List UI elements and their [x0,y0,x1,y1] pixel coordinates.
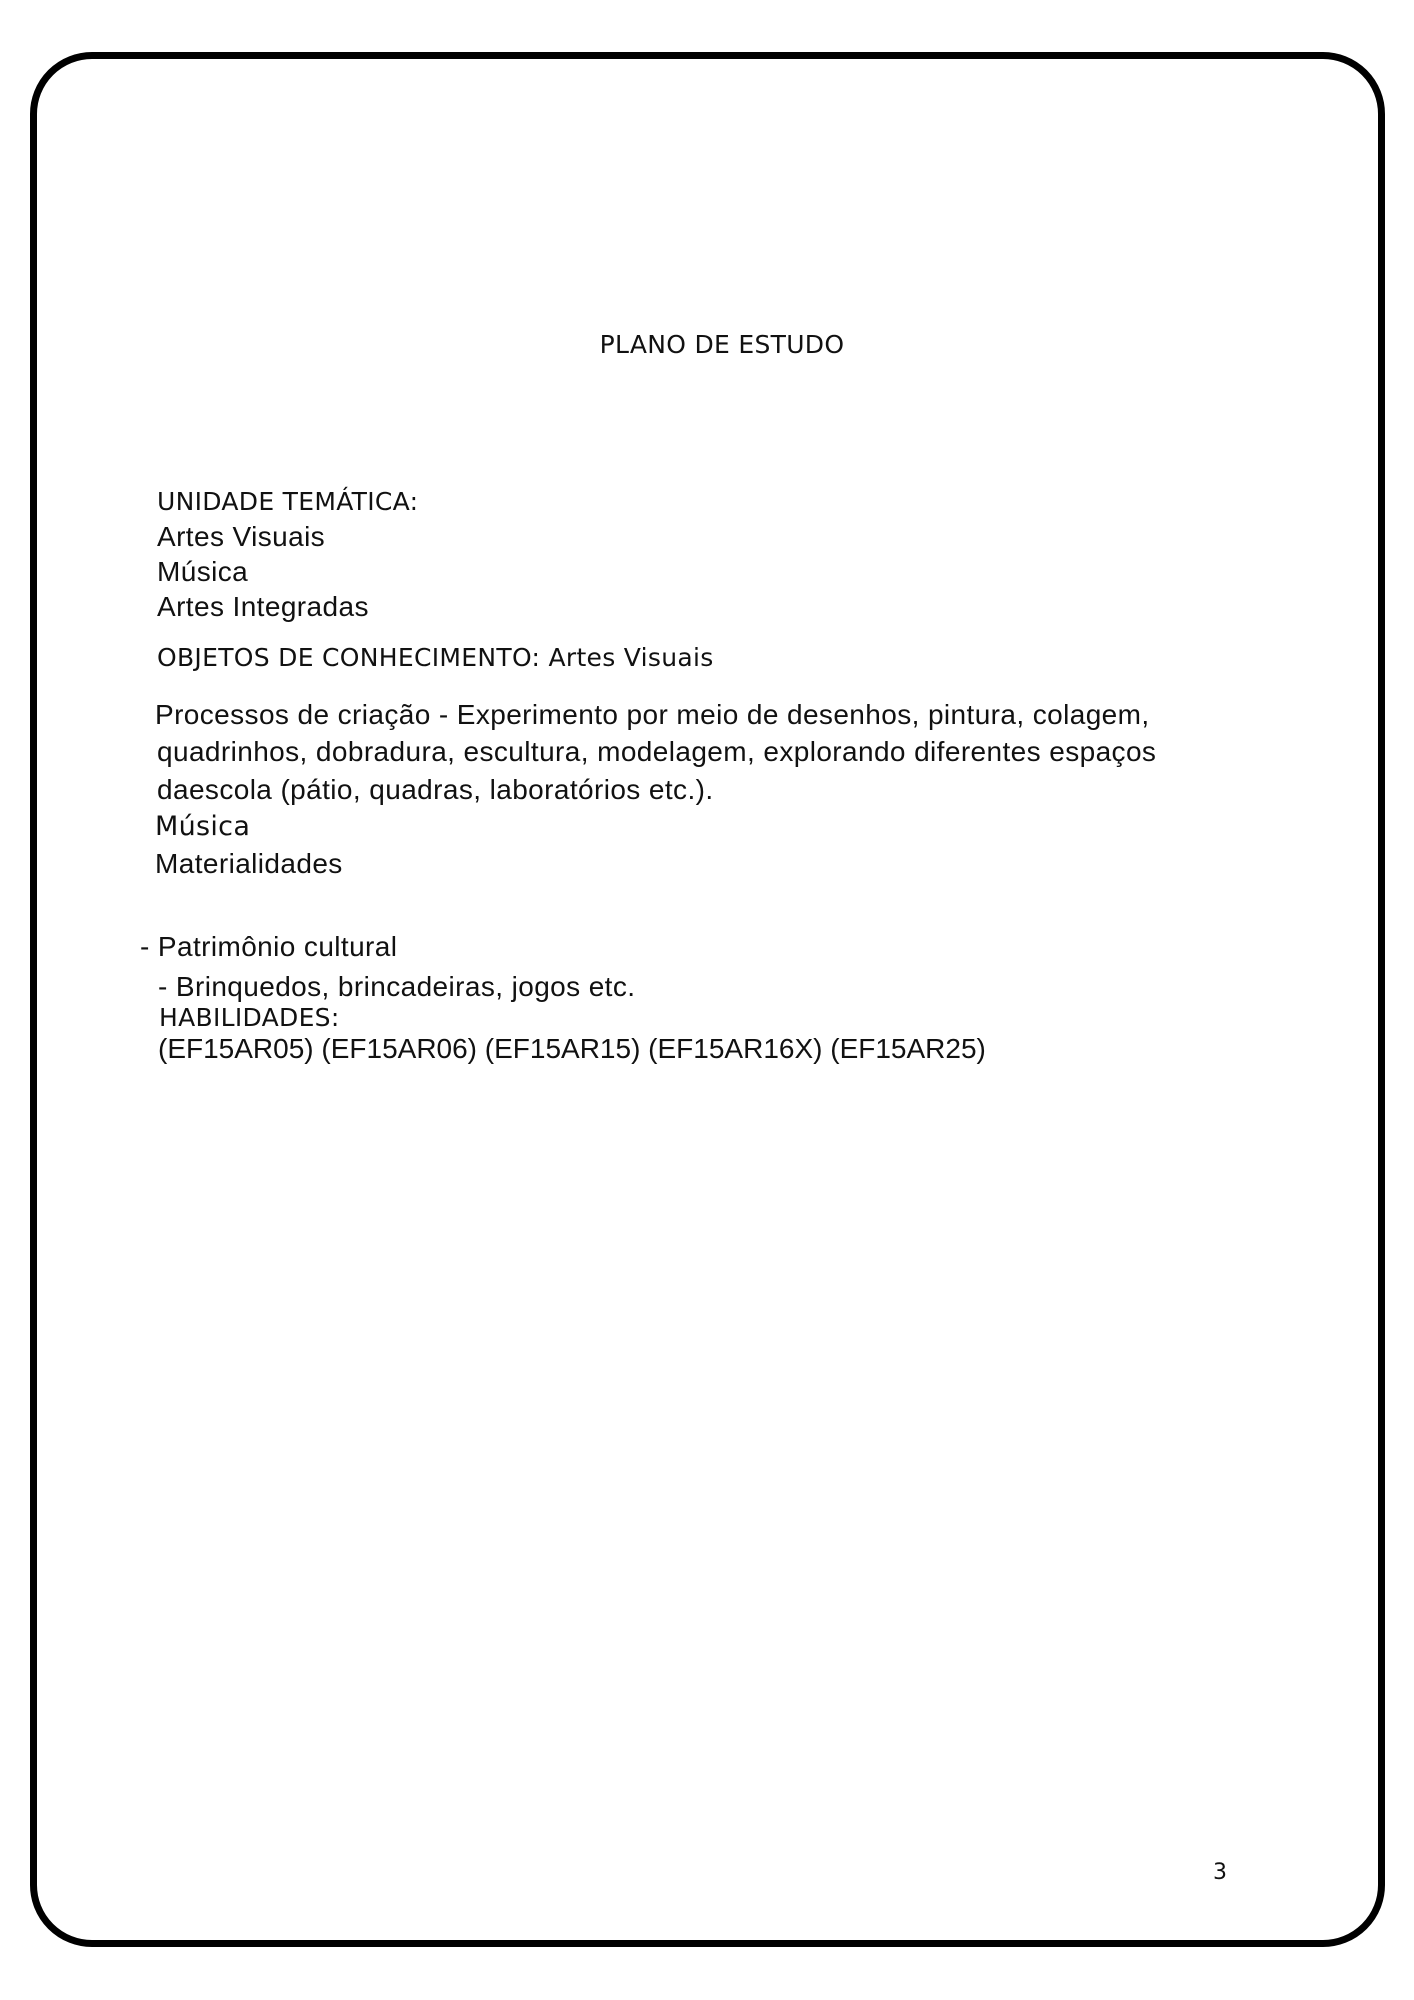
artes-visuais-description-line-1: Processos de criação - Experimento por m… [155,701,1150,729]
unidade-tematica-label: UNIDADE TEMÁTICA: [157,489,418,514]
page-title: PLANO DE ESTUDO [0,332,1414,357]
artes-integradas-item-brinquedos: - Brinquedos, brincadeiras, jogos etc. [158,973,635,1001]
musica-subheading: Música [155,813,250,840]
unidade-item-artes-visuais: Artes Visuais [157,523,325,551]
musica-materialidades: Materialidades [155,850,343,878]
artes-visuais-description-line-3: daescola (pátio, quadras, laboratórios e… [157,776,714,804]
unidade-item-musica: Música [157,558,248,586]
page-number: 3 [1213,1862,1227,1884]
habilidades-codes: (EF15AR05) (EF15AR06) (EF15AR15) (EF15AR… [158,1035,986,1063]
artes-visuais-description-line-2: quadrinhos, dobradura, escultura, modela… [157,738,1156,766]
artes-integradas-item-patrimonio: - Patrimônio cultural [140,933,397,961]
objetos-conhecimento-label: OBJETOS DE CONHECIMENTO: Artes Visuais [157,645,714,670]
habilidades-label: HABILIDADES: [159,1005,340,1030]
unidade-item-artes-integradas: Artes Integradas [157,593,369,621]
